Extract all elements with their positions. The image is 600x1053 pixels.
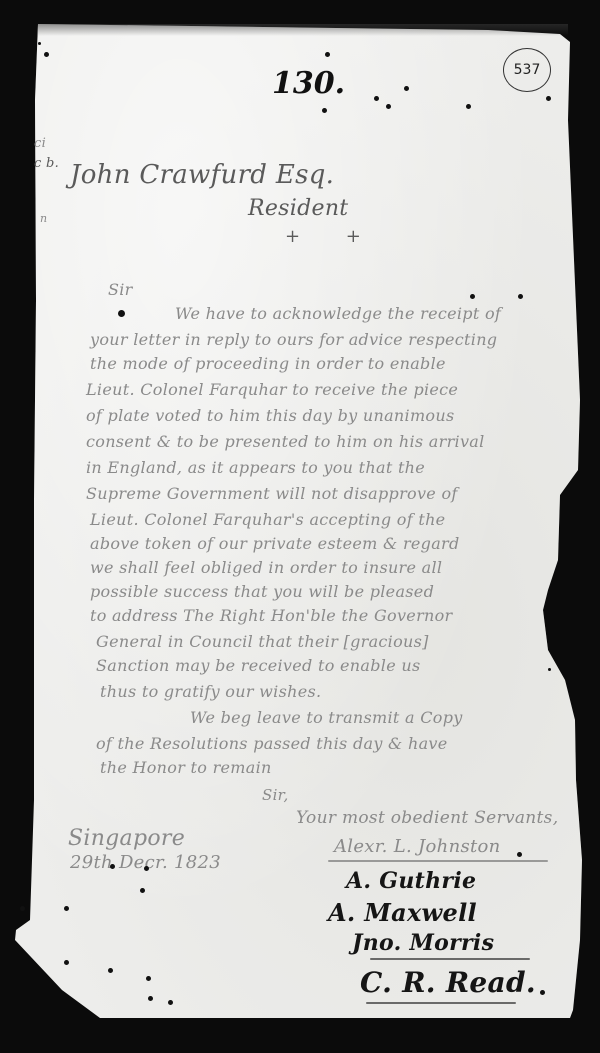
body-line: General in Council that their [gracious]	[96, 632, 429, 651]
body-line: in England, as it appears to you that th…	[86, 458, 425, 477]
speck	[38, 42, 41, 45]
speck	[517, 852, 522, 857]
speck	[374, 96, 379, 101]
margin-mark: ci	[34, 136, 46, 151]
body-line: Lieut. Colonel Farquhar to receive the p…	[86, 380, 458, 399]
speck	[148, 996, 153, 1001]
addressee-title: Resident	[248, 196, 348, 221]
signature-flourish	[366, 1002, 516, 1004]
body-line: the Honor to remain	[100, 758, 272, 777]
margin-mark: n	[40, 212, 47, 225]
speck	[518, 294, 523, 299]
margin-mark: c b.	[34, 156, 59, 171]
speck	[548, 668, 551, 671]
speck	[44, 52, 49, 57]
speck	[168, 1000, 173, 1005]
speck	[386, 104, 391, 109]
signature: A. Guthrie	[346, 868, 476, 894]
body-line: we shall feel obliged in order to insure…	[90, 558, 442, 577]
signature: Jno. Morris	[352, 930, 494, 956]
signature: Alexr. L. Johnston	[334, 836, 501, 857]
signature: A. Maxwell	[328, 898, 477, 927]
speck	[108, 968, 113, 973]
speck	[140, 888, 145, 893]
signature-flourish	[370, 958, 530, 960]
speck	[322, 108, 327, 113]
speck	[20, 906, 25, 911]
archive-stamp: 537	[503, 48, 551, 92]
speck	[470, 294, 475, 299]
closing-valediction: Your most obedient Servants,	[296, 808, 558, 828]
body-line: We beg leave to transmit a Copy	[190, 708, 463, 727]
speck	[540, 990, 545, 995]
paper-top-edge-shadow	[38, 24, 568, 36]
speck	[546, 96, 551, 101]
body-line: consent & to be presented to him on his …	[86, 432, 485, 451]
salutation: Sir	[108, 280, 133, 299]
body-line: the mode of proceeding in order to enabl…	[90, 354, 446, 373]
addressee-name: John Crawfurd Esq.	[70, 160, 334, 190]
addressee-marks: + +	[285, 226, 381, 247]
body-line: of plate voted to him this day by unanim…	[86, 406, 454, 425]
body-line: your letter in reply to ours for advice …	[90, 330, 497, 349]
speck	[64, 960, 69, 965]
document-scan: 130. 537 ci c b. n John Crawfurd Esq. Re…	[0, 0, 600, 1053]
body-line: thus to gratify our wishes.	[100, 682, 321, 701]
body-line: We have to acknowledge the receipt of	[175, 304, 501, 323]
speck	[110, 864, 115, 869]
speck	[325, 52, 330, 57]
signature: C. R. Read.	[360, 966, 536, 999]
speck	[64, 906, 69, 911]
signature-underline	[328, 860, 548, 862]
speck	[404, 86, 409, 91]
body-line: Supreme Government will not disapprove o…	[86, 484, 458, 503]
body-line: possible success that you will be please…	[90, 582, 434, 601]
closing-sir: Sir,	[262, 786, 289, 804]
folio-number: 130.	[272, 66, 345, 101]
body-line: Sanction may be received to enable us	[96, 656, 420, 675]
place: Singapore	[68, 826, 185, 851]
archive-stamp-number: 537	[514, 62, 541, 78]
speck	[466, 104, 471, 109]
speck	[118, 310, 125, 317]
body-line: to address The Right Hon'ble the Governo…	[90, 606, 453, 625]
body-line: of the Resolutions passed this day & hav…	[96, 734, 448, 753]
body-line: above token of our private esteem & rega…	[90, 534, 460, 553]
speck	[144, 866, 149, 871]
speck	[146, 976, 151, 981]
body-line: Lieut. Colonel Farquhar's accepting of t…	[90, 510, 445, 529]
